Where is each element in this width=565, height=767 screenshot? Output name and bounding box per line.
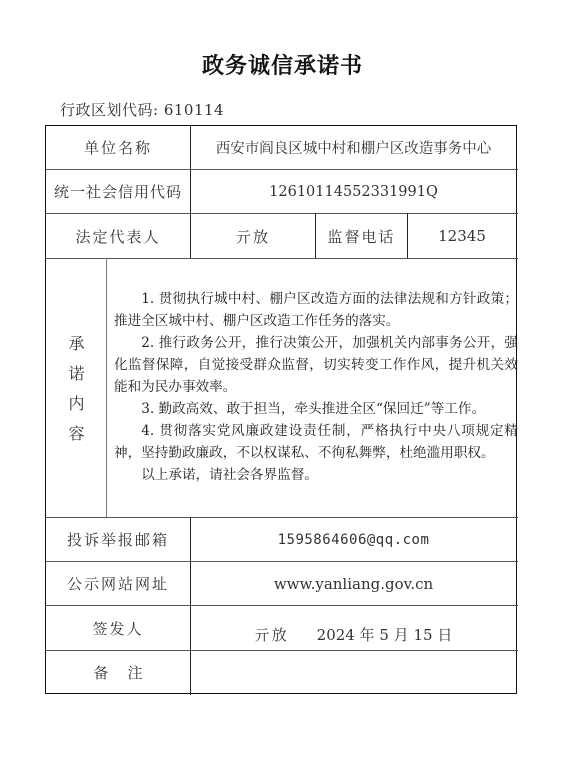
complaint-email-value[interactable]: 1595864606@qq.com bbox=[191, 518, 516, 561]
commitment-label-char: 容 bbox=[68, 419, 84, 449]
commitment-table: 单位名称 西安市阎良区城中村和棚户区改造事务中心 统一社会信用代码 126101… bbox=[45, 125, 517, 694]
supervision-phone-label: 监督电话 bbox=[316, 214, 407, 258]
issuer-name: 亓放 bbox=[255, 624, 289, 645]
legal-rep-value: 亓放 bbox=[191, 214, 315, 258]
commitment-paragraph: 2. 推行政务公开，推行决策公开，加强机关内部事务公开，强化监督保障，自觉接受群… bbox=[114, 332, 518, 398]
remarks-label-text: 备 注 bbox=[93, 662, 142, 683]
commitment-paragraph: 1. 贯彻执行城中村、棚户区改造方面的法律法规和方针政策；推进全区城中村、棚户区… bbox=[114, 288, 518, 332]
website-value[interactable]: www.yanliang.gov.cn bbox=[191, 562, 516, 605]
issuer-value: 亓放 2024 年 5 月 15 日 bbox=[191, 606, 516, 650]
credit-code-label: 统一社会信用代码 bbox=[46, 170, 190, 213]
commitment-paragraph: 以上承诺，请社会各界监督。 bbox=[114, 464, 518, 486]
commitment-label: 承 诺 内 容 bbox=[46, 259, 107, 518]
legal-rep-label: 法定代表人 bbox=[46, 214, 190, 258]
document-title: 政务诚信承诺书 bbox=[0, 49, 565, 80]
unit-name-value: 西安市阎良区城中村和棚户区改造事务中心 bbox=[191, 126, 516, 169]
supervision-phone-value: 12345 bbox=[408, 214, 516, 258]
commitment-content: 1. 贯彻执行城中村、棚户区改造方面的法律法规和方针政策；推进全区城中村、棚户区… bbox=[114, 288, 518, 486]
remarks-label: 备 注 bbox=[46, 651, 190, 694]
region-code-value: 610114 bbox=[164, 101, 224, 119]
commitment-paragraph: 4. 贯彻落实党风廉政建设责任制，严格执行中央八项规定精神，坚持勤政廉政，不以权… bbox=[114, 420, 518, 464]
commitment-label-char: 承 bbox=[68, 329, 84, 359]
complaint-email-label: 投诉举报邮箱 bbox=[46, 518, 190, 561]
remarks-value bbox=[191, 651, 516, 694]
credit-code-value: 12610114552331991Q bbox=[191, 170, 516, 213]
unit-name-label: 单位名称 bbox=[46, 126, 190, 169]
issuer-label: 签发人 bbox=[46, 606, 190, 650]
website-label: 公示网站网址 bbox=[46, 562, 190, 605]
region-code: 行政区划代码: 610114 bbox=[60, 99, 224, 120]
commitment-label-char: 诺 bbox=[68, 359, 84, 389]
issue-date: 2024 年 5 月 15 日 bbox=[317, 624, 453, 645]
row-divider bbox=[46, 258, 518, 259]
region-code-label: 行政区划代码: bbox=[60, 101, 159, 119]
commitment-label-char: 内 bbox=[68, 389, 84, 419]
commitment-paragraph: 3. 勤政高效、敢于担当，牵头推进全区“保回迁”等工作。 bbox=[114, 398, 518, 420]
